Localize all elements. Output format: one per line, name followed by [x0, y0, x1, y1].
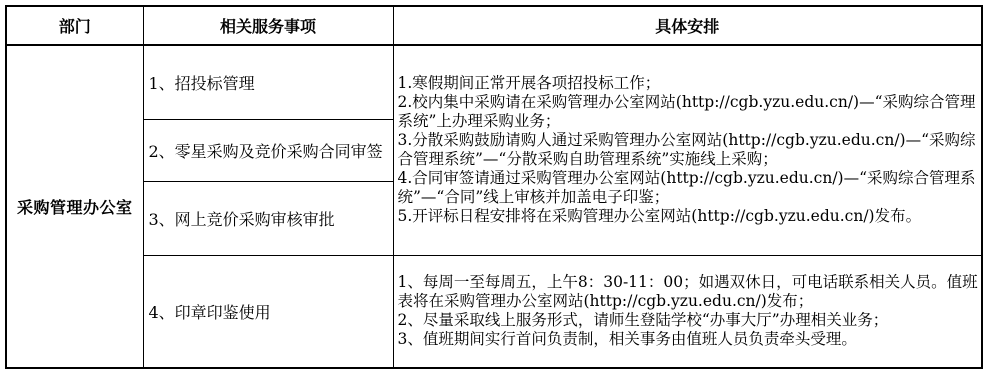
table-row: 采购管理办公室 1、招投标管理 1.寒假期间正常开展各项招投标工作； 2.校内集…	[6, 45, 982, 119]
service-item-bidding: 1、招投标管理	[143, 45, 393, 119]
service-item-online-bidding-review: 3、网上竞价采购审核审批	[143, 181, 393, 255]
arrangement-line: 3.分散采购鼓励请购人通过采购管理办公室网站(http://cgb.yzu.ed…	[398, 131, 979, 169]
arrangement-line: 1.寒假期间正常开展各项招投标工作；	[398, 74, 979, 93]
arrangement-line: 5.开评标日程安排将在采购管理办公室网站(http://cgb.yzu.edu.…	[398, 207, 979, 226]
table-header-row: 部门 相关服务事项 具体安排	[6, 6, 982, 45]
arrangement-line: 2、尽量采取线上服务形式，请师生登陆学校“办事大厅”办理相关业务；	[398, 311, 979, 330]
department-cell: 采购管理办公室	[6, 45, 143, 368]
service-item-contract-signing: 2、零星采购及竞价采购合同审签	[143, 119, 393, 181]
arrangement-line: 1、每周一至每周五，上午8：30-11：00；如遇双休日，可电话联系相关人员。值…	[398, 273, 979, 311]
arrangement-line: 4.合同审签请通过采购管理办公室网站(http://cgb.yzu.edu.cn…	[398, 169, 979, 207]
arrangement-line: 3、值班期间实行首问负责制，相关事务由值班人员负责牵头受理。	[398, 330, 979, 349]
service-schedule-table: 部门 相关服务事项 具体安排 采购管理办公室 1、招投标管理 1.寒假期间正常开…	[5, 5, 983, 369]
header-arrangements: 具体安排	[393, 6, 982, 45]
header-services: 相关服务事项	[143, 6, 393, 45]
table-row: 4、印章印鉴使用 1、每周一至每周五，上午8：30-11：00；如遇双休日，可电…	[6, 255, 982, 368]
arrangement-cell-main: 1.寒假期间正常开展各项招投标工作； 2.校内集中采购请在采购管理办公室网站(h…	[393, 45, 982, 255]
arrangement-line: 2.校内集中采购请在采购管理办公室网站(http://cgb.yzu.edu.c…	[398, 93, 979, 131]
arrangement-cell-duty: 1、每周一至每周五，上午8：30-11：00；如遇双休日，可电话联系相关人员。值…	[393, 255, 982, 368]
header-department: 部门	[6, 6, 143, 45]
service-item-seal-usage: 4、印章印鉴使用	[143, 255, 393, 368]
